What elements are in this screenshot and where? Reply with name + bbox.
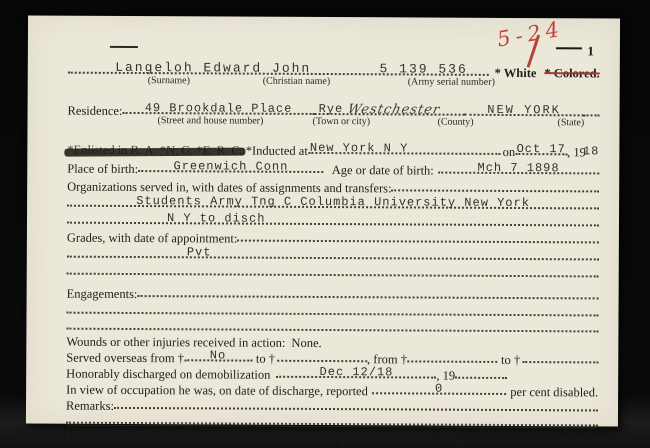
name-labels-row: (Surname) (Christian name) (Army serial …: [68, 74, 600, 89]
induction-date-field: Oct 17: [515, 141, 567, 155]
town-value: Rye: [319, 103, 344, 115]
disability-percent-value: 0: [435, 383, 443, 395]
state-field: NEW YORK: [465, 102, 584, 117]
serial-number-caption: (Army serial number): [408, 77, 495, 87]
state-caption: (State): [557, 118, 584, 128]
discharge-date-field: Dec 12/18: [276, 364, 436, 379]
birthdate-field: Mch 7 1898: [438, 160, 600, 175]
organizations-line2-value: N Y to disch: [167, 212, 265, 225]
name-row: Langeloh Edward John 5 139 536 * White *…: [68, 48, 600, 77]
christian-name-caption: (Christian name): [263, 77, 331, 87]
engagements-row: Engagements:: [67, 275, 599, 300]
footnote-dagger: † Dates of departure from and arrival in…: [405, 437, 611, 448]
induction-row: *Enlisted in R. A. *N. G. *E. R. C. *Ind…: [67, 132, 599, 156]
induction-date-value: Oct 17: [517, 143, 566, 155]
service-record-card: 5-24 1 Langeloh Edward John 5 139 536 * …: [26, 15, 620, 426]
street-caption: (Street and house number): [157, 116, 263, 127]
street-field: 49 Brookdale Place: [122, 100, 314, 115]
state-value: NEW YORK: [487, 104, 561, 116]
disability-percent-field: 0: [372, 380, 507, 395]
birthdate-value: Mch 7 1898: [478, 162, 560, 174]
birthplace-value: Greenwich Conn: [173, 160, 288, 173]
residence-row: Residence: 49 Brookdale Place Rye Westch…: [68, 90, 600, 117]
town-county-field: Rye Westchester: [315, 100, 465, 116]
birthplace-field: Greenwich Conn: [138, 158, 324, 173]
blank-dotted-row-4: [66, 409, 598, 427]
overseas-from1-field: No: [184, 347, 252, 361]
footer-row: Form No. 724-1, A. G. O. * Strike out wo…: [66, 426, 598, 446]
army-serial-number: 5 139 536: [359, 62, 489, 76]
town-caption: (Town or city): [312, 117, 370, 127]
form-number: Form No. 724-1, A. G. O.: [66, 434, 208, 446]
induction-place-field: New York N Y: [308, 140, 501, 155]
footnote-strike-out: * Strike out words not applicable.: [242, 436, 384, 447]
street-value: 49 Brookdale Place: [145, 102, 293, 115]
discharge-date-value: Dec 12/18: [320, 366, 394, 378]
county-caption: (County): [437, 118, 473, 128]
scanned-photo: { "page": { "number": "1", "red_annotati…: [0, 0, 650, 448]
grade-value: Pvt: [187, 246, 212, 258]
residence-labels-row: (Street and house number) (Town or city)…: [67, 114, 599, 129]
surname-caption: (Surname): [148, 76, 190, 86]
induction-place-value: New York N Y: [310, 142, 408, 155]
overseas-from1-value: No: [210, 349, 226, 361]
